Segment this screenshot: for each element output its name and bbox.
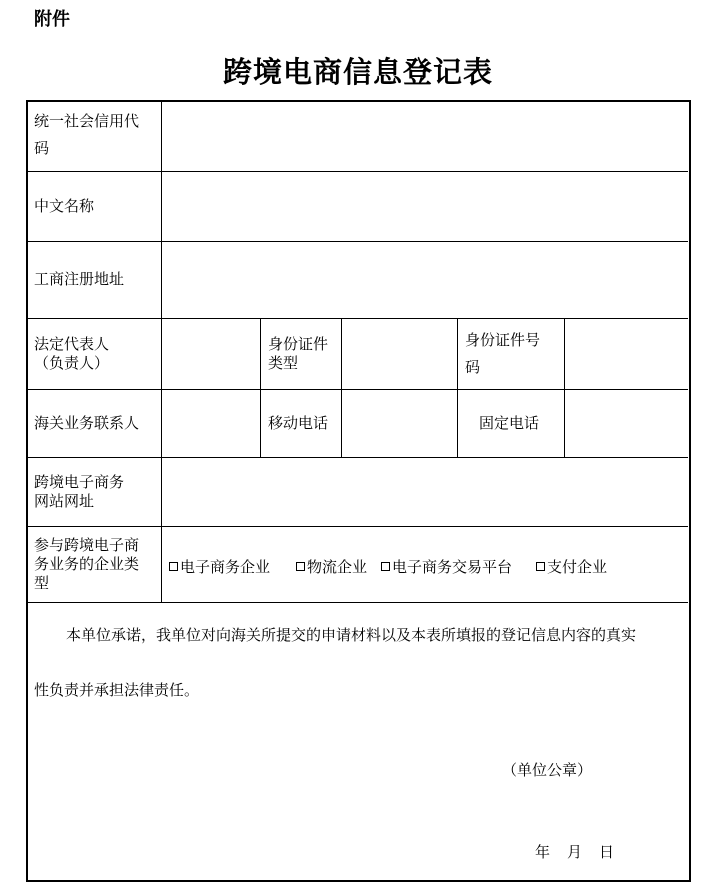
option-logistics-enterprise[interactable]: 物流企业 [296, 556, 367, 577]
enterprise-type-label: 参与跨境电子商 务业务的企业类 型 [34, 536, 139, 593]
landline-phone-label: 固定电话 [479, 414, 539, 433]
row-divider [27, 526, 688, 527]
id-number-field[interactable] [565, 319, 687, 389]
seal-label: （单位公章） [502, 759, 592, 780]
checkbox-icon[interactable] [536, 562, 545, 571]
declaration-line-2: 性负责并承担法律责任。 [34, 679, 199, 700]
credit-code-label: 统一社会信用代 码 [34, 108, 139, 162]
column-divider [260, 318, 261, 457]
page-title: 跨境电商信息登记表 [0, 50, 716, 91]
legal-rep-label: 法定代表人 （负责人） [34, 335, 109, 373]
id-type-label: 身份证件 类型 [268, 335, 328, 373]
website-field[interactable] [162, 458, 687, 526]
legal-rep-field[interactable] [162, 319, 260, 389]
checkbox-icon[interactable] [169, 562, 178, 571]
declaration-line-1: 本单位承诺，我单位对向海关所提交的申请材料以及本表所填报的登记信息内容的真实 [66, 624, 636, 645]
checkbox-icon[interactable] [296, 562, 305, 571]
mobile-phone-field[interactable] [342, 390, 457, 457]
date-month: 月 [567, 841, 582, 862]
mobile-phone-label: 移动电话 [268, 414, 328, 433]
option-ecommerce-enterprise[interactable]: 电子商务企业 [169, 556, 270, 577]
customs-contact-field[interactable] [162, 390, 260, 457]
date-year: 年 [535, 841, 550, 862]
registered-address-field[interactable] [162, 242, 687, 318]
option-payment-enterprise[interactable]: 支付企业 [536, 556, 607, 577]
landline-phone-field[interactable] [565, 390, 687, 457]
column-divider [457, 318, 458, 457]
chinese-name-label: 中文名称 [34, 197, 94, 216]
customs-contact-label: 海关业务联系人 [34, 414, 139, 433]
option-ecommerce-platform[interactable]: 电子商务交易平台 [381, 556, 512, 577]
date-day: 日 [599, 841, 614, 862]
chinese-name-field[interactable] [162, 172, 687, 241]
checkbox-icon[interactable] [381, 562, 390, 571]
attachment-label: 附件 [34, 5, 70, 31]
website-label: 跨境电子商务 网站网址 [34, 473, 124, 511]
id-number-label: 身份证件号 码 [465, 327, 540, 381]
credit-code-field[interactable] [162, 101, 687, 171]
registered-address-label: 工商注册地址 [34, 270, 124, 289]
row-divider [27, 602, 688, 603]
id-type-field[interactable] [342, 319, 457, 389]
